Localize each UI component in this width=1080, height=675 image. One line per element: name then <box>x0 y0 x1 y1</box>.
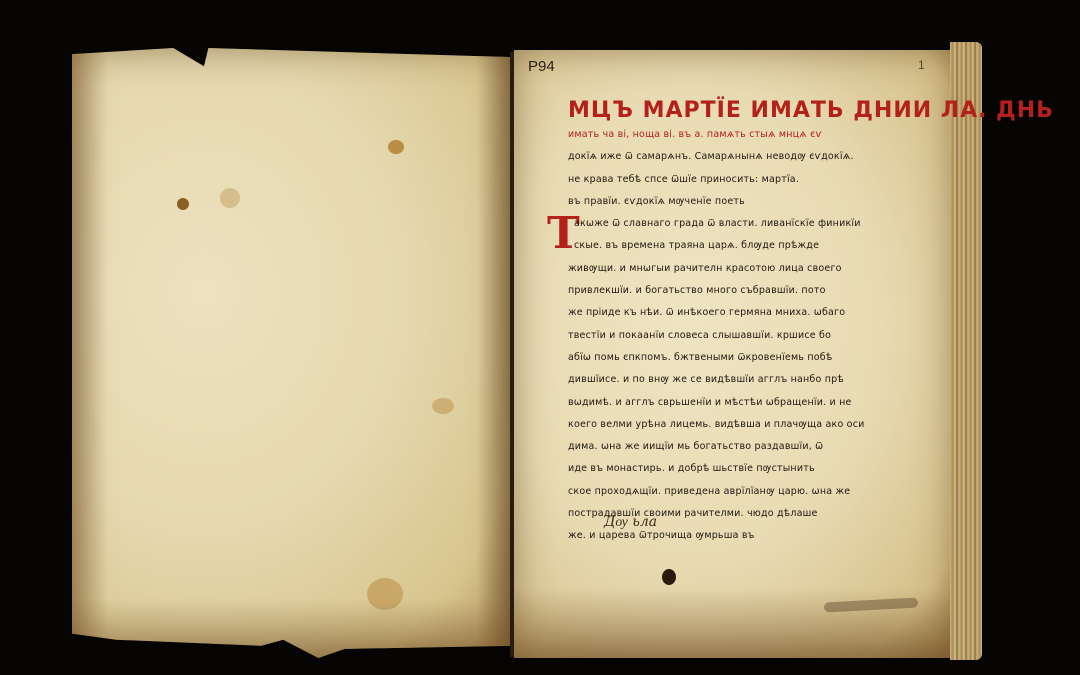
text-line: иде въ монастирь. и добрѣ шьствїе пѹстын… <box>568 458 898 480</box>
text-line: докїѧ иже ѿ самарѧнъ. Самарѧнынѧ неводѹ … <box>568 146 898 168</box>
text-line: привлекшїи. и богатьство много събравшїи… <box>568 280 898 302</box>
left-page-blank <box>72 48 512 658</box>
shelfmark: P94 <box>528 58 555 75</box>
text-line: живѹщи. и мнѡгыи рачителн красотою лица … <box>568 258 898 280</box>
text-line: имать ча ві, ноща ві. въ а. памѧть стыѧ … <box>568 124 898 146</box>
stain <box>388 140 404 154</box>
text-line: ское проходѧщїи. приведена аврїлїанѹ цар… <box>568 481 898 503</box>
text-line: вѡдимѣ. и агглъ сврьшенїи и мѣстѣи ѡбращ… <box>568 392 898 414</box>
folio-number: 1 <box>918 58 925 72</box>
stain <box>220 188 240 208</box>
text-line: же пріиде къ нѣи. ѿ инѣкоего гермяна мни… <box>568 302 898 324</box>
stain <box>367 578 403 610</box>
page-edges <box>950 42 982 660</box>
text-line: дившїисе. и по внѹ же се видѣвшїи агглъ … <box>568 369 898 391</box>
ink-blot <box>662 569 676 585</box>
text-line: акѡже ѿ славнаго града ѿ власти. ливанїс… <box>568 213 898 235</box>
text-line: въ правїи. єѵдокїѧ мѹченїе поеть <box>568 191 898 213</box>
text-line: коего велми урѣна лицемь. видѣвша и плач… <box>568 414 898 436</box>
manuscript-spread: P94 1 Т МЦЪ МАРТЇЕ ИМАТЬ ДНИИ ЛА. ДНЬ им… <box>0 0 1080 675</box>
stain <box>432 398 454 414</box>
text-line: не крава тебѣ спсе ѿшїе приносить: мартї… <box>568 169 898 191</box>
text-line: скые. въ времена траяна царѧ. блѹде прѣж… <box>568 235 898 257</box>
text-line: твестїи и покаанїи словеса слышавшїи. кр… <box>568 325 898 347</box>
rubric-heading: МЦЪ МАРТЇЕ ИМАТЬ ДНИИ ЛА. ДНЬ <box>568 98 898 124</box>
text-line: дима. ѡна же иищїи мь богатьство раздавш… <box>568 436 898 458</box>
right-page-text: МЦЪ МАРТЇЕ ИМАТЬ ДНИИ ЛА. ДНЬ имать ча в… <box>568 98 898 548</box>
stain <box>177 198 189 210</box>
text-line: абїѡ помь єпкпомъ. бжтвеными ѿкровенїемь… <box>568 347 898 369</box>
marginal-note: Дѹ ьла <box>604 514 657 531</box>
